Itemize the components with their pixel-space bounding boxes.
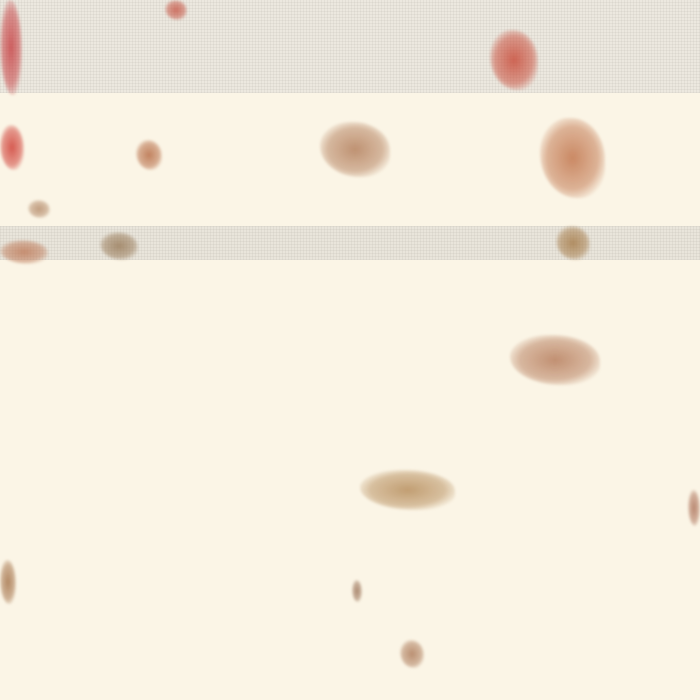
paint-fleck (400, 640, 424, 668)
paint-fleck (0, 240, 48, 264)
faded-band-top (0, 0, 700, 93)
paint-fleck (688, 490, 700, 526)
paint-fleck (360, 470, 455, 510)
paint-fleck (540, 118, 605, 198)
paint-fleck (320, 122, 390, 177)
paint-fleck (0, 125, 24, 170)
paint-fleck (136, 140, 162, 170)
paint-fleck (28, 200, 50, 218)
textile-photo: Close-up of an off-white woven fabric wi… (0, 0, 700, 700)
paint-fleck (510, 335, 600, 385)
paint-fleck (0, 0, 22, 95)
paint-fleck (352, 580, 362, 602)
paint-fleck (0, 560, 16, 604)
paint-fleck (165, 0, 187, 20)
